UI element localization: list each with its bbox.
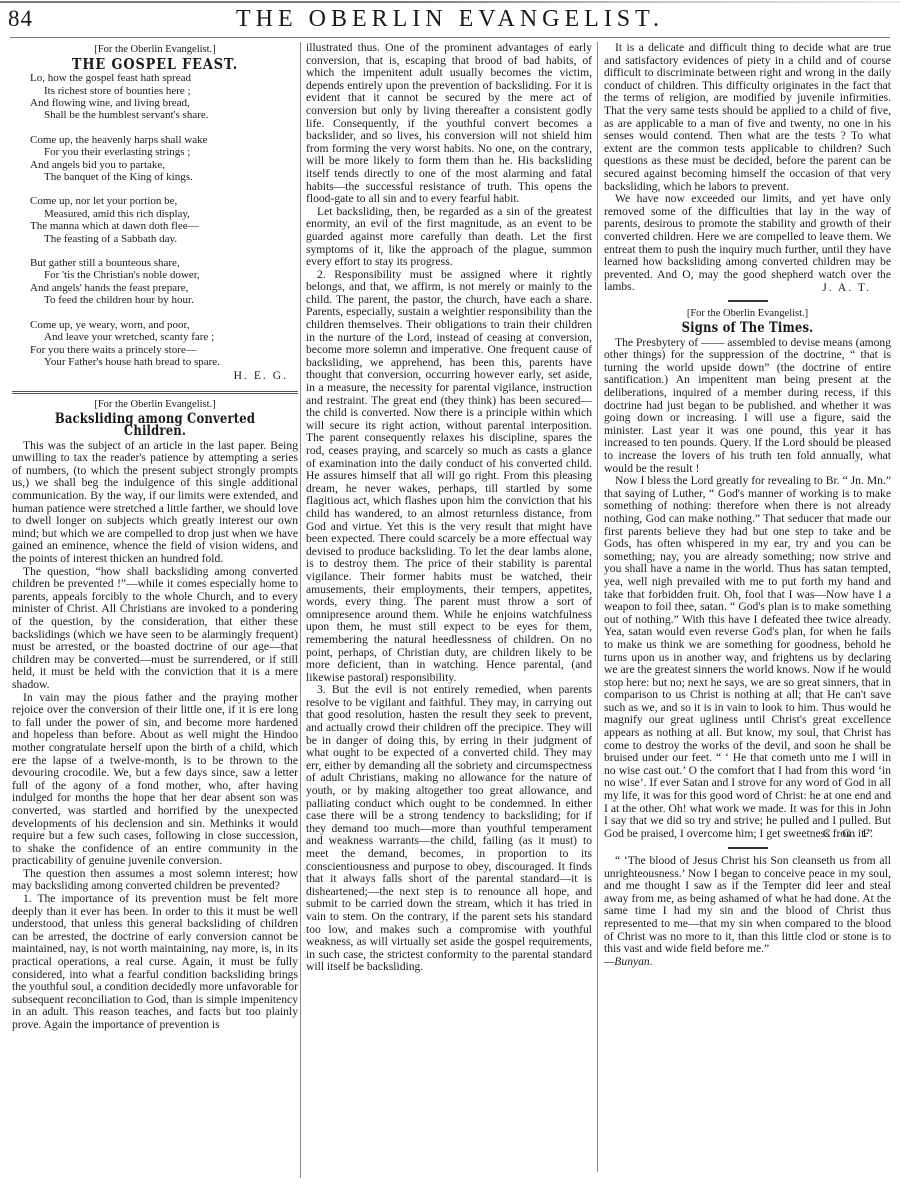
poem-stanza: Come up, nor let your portion be, Measur… — [30, 195, 298, 245]
newspaper-title: THE OBERLIN EVANGELIST. — [0, 6, 900, 33]
poem-title: THE GOSPEL FEAST. — [32, 58, 278, 71]
article-paragraph: 2. Responsibility must be assigned where… — [306, 269, 592, 685]
poem-line: Your Father's house hath bread to spare. — [30, 356, 298, 368]
masthead-rule — [10, 37, 890, 38]
article-paragraph: The question, “how shall backsliding amo… — [12, 566, 298, 692]
column-rule — [300, 42, 301, 1178]
poem-line: Come up, ye weary, worn, and poor, — [30, 319, 298, 331]
poem-line: Measured, amid this rich display, — [30, 208, 298, 220]
article-paragraph: In vain may the pious father and the pra… — [12, 692, 298, 868]
poem-line: And leave your wretched, scanty fare ; — [30, 331, 298, 343]
poem-line: Come up, the heavenly harps shall wake — [30, 134, 298, 146]
poem-stanza: Come up, the heavenly harps shall wake F… — [30, 134, 298, 184]
quote-paragraph: “ ‘The blood of Jesus Christ his Son cle… — [604, 855, 891, 956]
article-paragraph: illustrated thus. One of the prominent a… — [306, 42, 592, 206]
article-paragraph: The Presbytery of —— assembled to devise… — [604, 337, 891, 476]
poem-line: To feed the children hour by hour. — [30, 294, 298, 306]
article-paragraph: We have now exceeded our limits, and yet… — [604, 193, 891, 294]
poem-line: The feasting of a Sabbath day. — [30, 233, 298, 245]
article-paragraph: It is a delicate and difficult thing to … — [604, 42, 891, 193]
poem-stanza: Come up, ye weary, worn, and poor, And l… — [30, 319, 298, 369]
article-paragraph: 1. The importance of its prevention must… — [12, 893, 298, 1032]
poem-line: And angels' hands the feast prepare, — [30, 282, 298, 294]
column-3: It is a delicate and difficult thing to … — [604, 42, 891, 968]
section-divider — [728, 847, 768, 849]
poem-line: But gather still a bounteous share, — [30, 257, 298, 269]
quote-author: —Bunyan. — [604, 955, 653, 968]
poem-line: And angels bid you to partake, — [30, 159, 298, 171]
article-title: Backsliding among Converted Children. — [32, 413, 278, 438]
poem-stanza: Lo, how the gospel feast hath spread Its… — [30, 72, 298, 122]
poem-line: For 'tis the Christian's noble dower, — [30, 269, 298, 281]
article-title: Signs of The Times. — [624, 322, 871, 335]
masthead: 84 THE OBERLIN EVANGELIST. — [0, 6, 900, 34]
column-rule — [597, 42, 598, 1172]
article-paragraph: The question then assumes a most solemn … — [12, 868, 298, 893]
column-2: illustrated thus. One of the prominent a… — [306, 42, 592, 974]
poem-line: The banquet of the King of kings. — [30, 171, 298, 183]
article-paragraph: Now I bless the Lord greatly for reveali… — [604, 475, 891, 840]
poem-line: Its richest store of bounties here ; — [30, 85, 298, 97]
article-signature: J. A. T. — [604, 282, 891, 295]
poem-signature: H. E. G. — [12, 370, 298, 383]
poem-line: The manna which at dawn doth flee— — [30, 220, 298, 232]
poem-line: For you there waits a princely store— — [30, 344, 298, 356]
poem-body: Lo, how the gospel feast hath spread Its… — [12, 72, 298, 368]
poem-line: Shall be the humblest servant's share. — [30, 109, 298, 121]
poem-line: Come up, nor let your portion be, — [30, 195, 298, 207]
poem-line: For you their everlasting strings ; — [30, 146, 298, 158]
top-border — [0, 1, 900, 3]
article-paragraph: Let backsliding, then, be regarded as a … — [306, 206, 592, 269]
section-divider — [12, 391, 298, 394]
article-paragraph: 3. But the evil is not entirely remedied… — [306, 684, 592, 974]
poem-stanza: But gather still a bounteous share, For … — [30, 257, 298, 307]
quote-attribution: —Bunyan. — [604, 956, 891, 969]
poem-line: And flowing wine, and living bread, — [30, 97, 298, 109]
column-1: [For the Oberlin Evangelist.] THE GOSPEL… — [12, 42, 298, 1032]
section-divider — [728, 300, 768, 302]
article-paragraph: This was the subject of an article in th… — [12, 440, 298, 566]
poem-line: Lo, how the gospel feast hath spread — [30, 72, 298, 84]
